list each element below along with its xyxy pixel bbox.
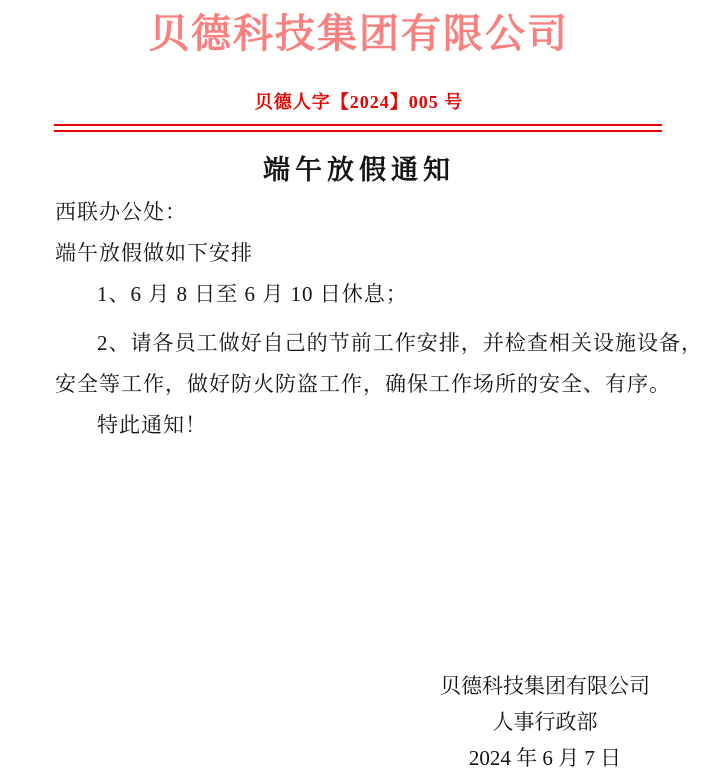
- signature-department: 人事行政部: [425, 704, 665, 740]
- signature-block: 贝德科技集团有限公司 人事行政部 2024 年 6 月 7 日: [425, 668, 665, 776]
- red-double-rule: [54, 124, 662, 132]
- closing-line: 特此通知！: [55, 405, 703, 446]
- item-1-line: 1、6 月 8 日至 6 月 10 日休息；: [55, 274, 703, 315]
- item-2-paragraph: 2、请各员工做好自己的节前工作安排，并检查相关设施设备，安全等工作，做好防火防盗…: [55, 323, 703, 405]
- document-number: 贝德人字【2024】005 号: [0, 88, 718, 114]
- notice-body: 西联办公处： 端午放假做如下安排 1、6 月 8 日至 6 月 10 日休息； …: [55, 192, 703, 446]
- intro-line: 端午放假做如下安排: [55, 233, 703, 274]
- signature-date: 2024 年 6 月 7 日: [425, 740, 665, 776]
- salutation-line: 西联办公处：: [55, 192, 703, 233]
- company-header-title: 贝德科技集团有限公司: [0, 2, 718, 59]
- document-page: 贝德科技集团有限公司 贝德人字【2024】005 号 端午放假通知 西联办公处：…: [0, 0, 718, 784]
- notice-title: 端午放假通知: [0, 148, 718, 187]
- signature-company: 贝德科技集团有限公司: [425, 668, 665, 704]
